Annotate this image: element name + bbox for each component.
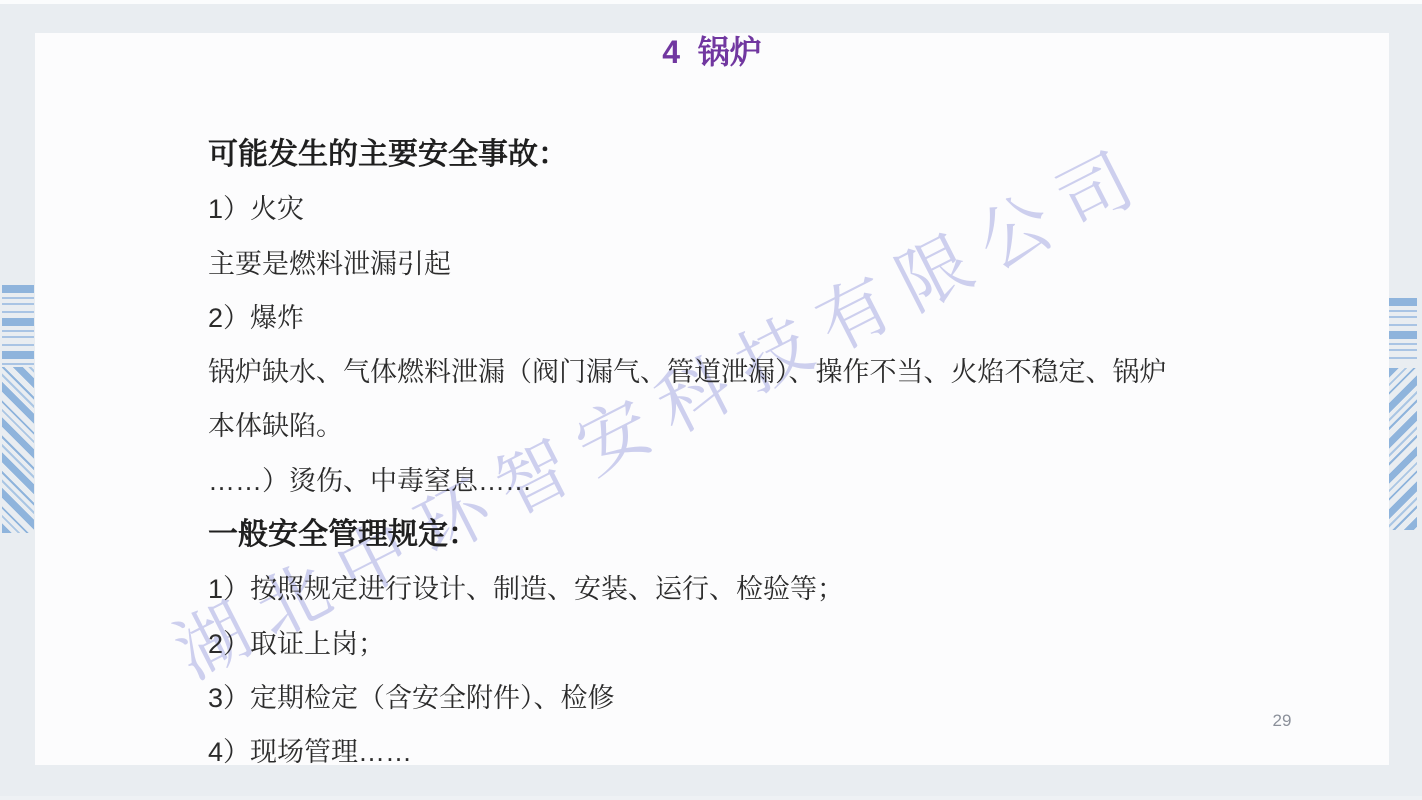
page-number: 29 — [1250, 711, 1314, 731]
section-heading: 可能发生的主要安全事故： — [208, 128, 1393, 182]
slide-title: 4 锅炉 — [35, 27, 1389, 73]
body-line: 3）定期检定（含安全附件）、检修 — [208, 671, 1393, 725]
bottom-edge-strip — [0, 796, 1422, 800]
section-heading: 一般安全管理规定： — [208, 508, 1393, 562]
right-horizontal-stripes-decor — [1389, 298, 1417, 363]
slide-body: 可能发生的主要安全事故：1）火灾主要是燃料泄漏引起2）爆炸锅炉缺水、气体燃料泄漏… — [208, 128, 1393, 780]
body-line: 2）取证上岗； — [208, 617, 1393, 671]
body-line: 4）现场管理…… — [208, 725, 1393, 779]
top-edge-strip — [0, 0, 1422, 4]
left-horizontal-stripes-decor — [2, 285, 34, 365]
body-line: 1）火灾 — [208, 182, 1393, 236]
body-line: 1）按照规定进行设计、制造、安装、运行、检验等； — [208, 562, 1393, 616]
body-line: 本体缺陷。 — [208, 399, 1393, 453]
body-line: 2）爆炸 — [208, 291, 1393, 345]
body-line: ……）烫伤、中毒窒息…… — [208, 454, 1393, 508]
body-line: 主要是燃料泄漏引起 — [208, 237, 1393, 291]
body-line: 锅炉缺水、气体燃料泄漏（阀门漏气、管道泄漏）、操作不当、火焰不稳定、锅炉 — [208, 345, 1393, 399]
right-diagonal-stripes-decor — [1389, 368, 1417, 530]
left-diagonal-stripes-decor — [2, 367, 34, 533]
